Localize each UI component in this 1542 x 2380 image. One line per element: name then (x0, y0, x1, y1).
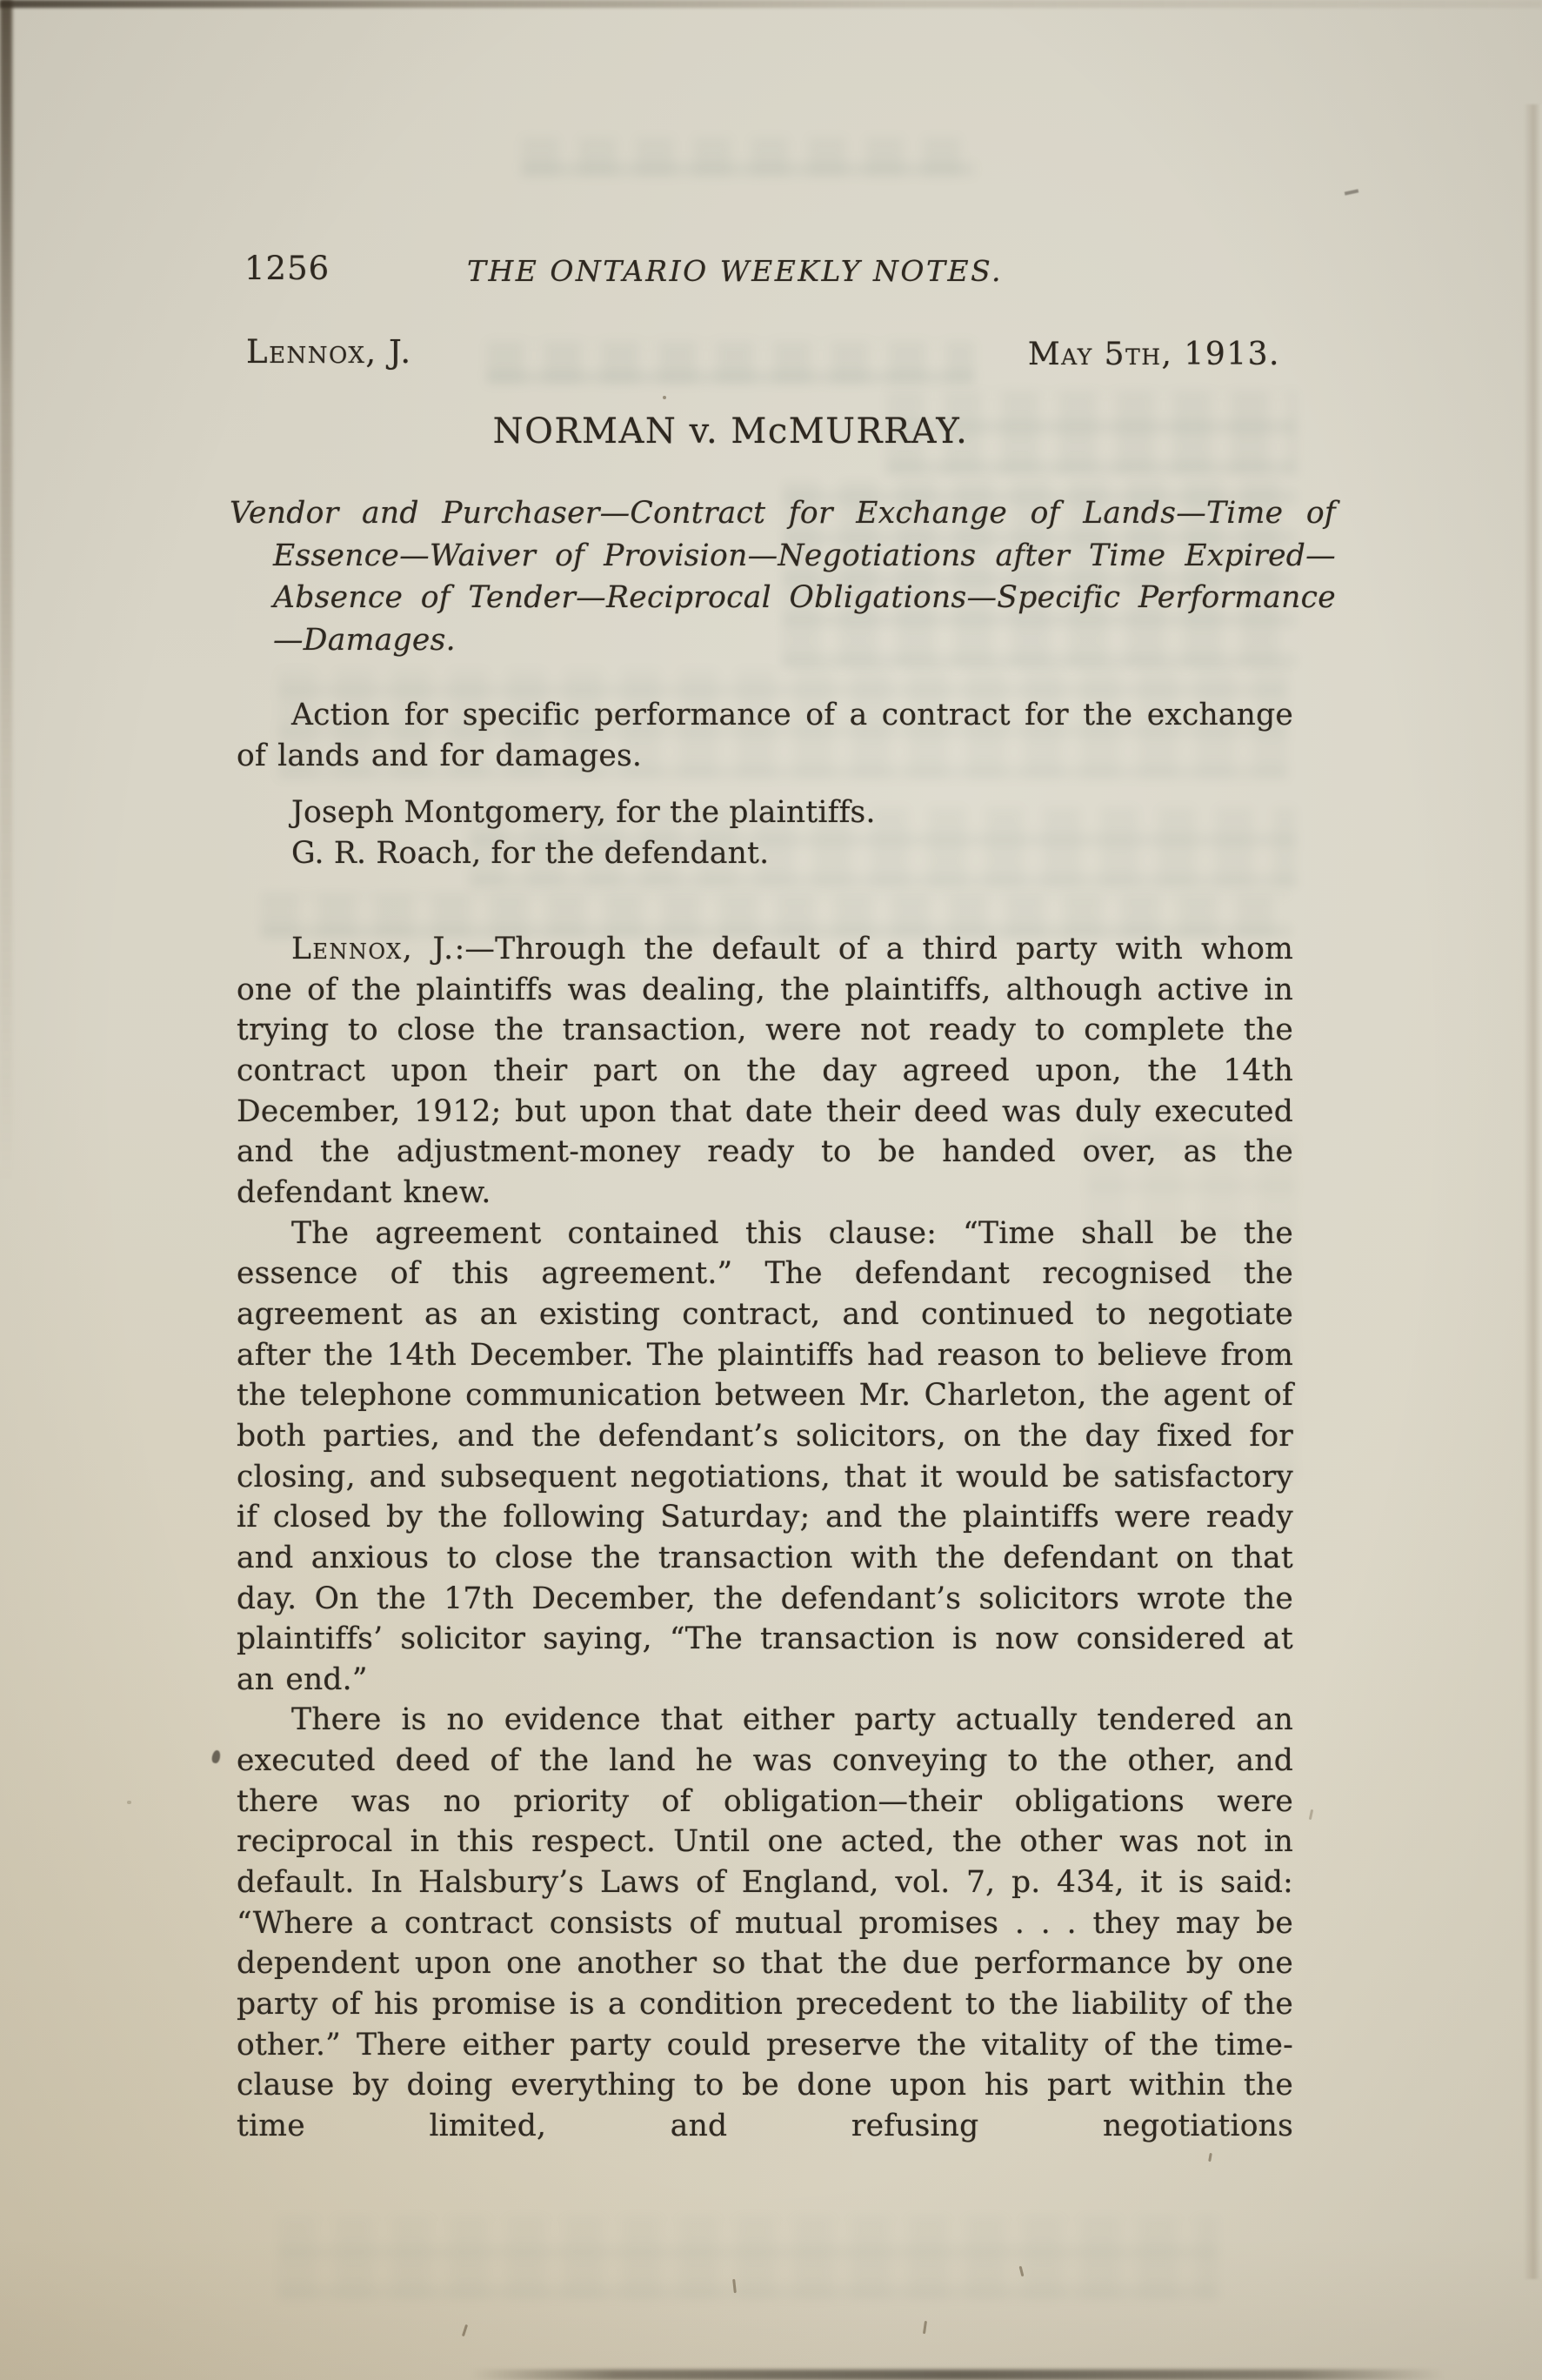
opinion-paragraph-1: Lennox, J.:—Through the default of a thi… (237, 929, 1293, 1213)
opinion-paragraph-2: The agreement contained this clause: “Ti… (237, 1213, 1293, 1701)
case-title: NORMAN v. McMURRAY. (226, 411, 1235, 451)
page-number: 1256 (244, 250, 330, 287)
counsel-plaintiffs: Joseph Montgomery, for the plaintiffs. (237, 792, 1293, 833)
opinion-body: Lennox, J.:—Through the default of a thi… (237, 929, 1293, 2147)
action-summary: Action for specific performance of a con… (237, 695, 1293, 777)
judge-name: Lennox, J. (246, 333, 412, 371)
running-title: THE ONTARIO WEEKLY NOTES. (374, 254, 1096, 288)
opinion-paragraph-1-text: Through the default of a third party wit… (237, 932, 1293, 1210)
case-headnote: Vendor and Purchaser—Contract for Exchan… (230, 492, 1336, 661)
counsel-defendant: G. R. Roach, for the defendant. (237, 833, 1293, 874)
decision-date: May 5th, 1913. (1028, 337, 1280, 372)
opinion-lead-separator: :— (455, 932, 496, 966)
opinion-paragraph-3: There is no evidence that either party a… (237, 1700, 1293, 2146)
counsel-list: Joseph Montgomery, for the plaintiffs. G… (237, 792, 1293, 873)
opinion-lead-judge: Lennox, J. (291, 932, 455, 966)
